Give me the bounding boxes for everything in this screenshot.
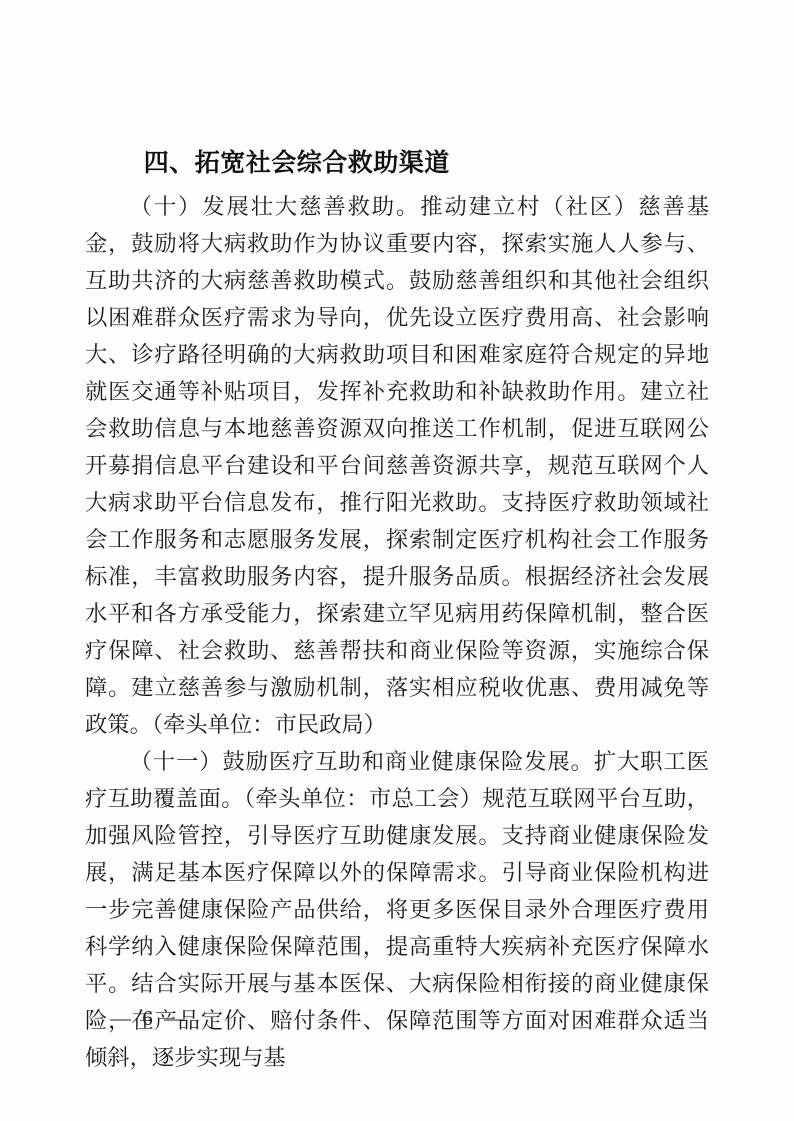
document-page: 四、拓宽社会综合救助渠道 （十）发展壮大慈善救助。推动建立村（社区）慈善基金，鼓… xyxy=(0,0,794,1121)
document-body: 四、拓宽社会综合救助渠道 （十）发展壮大慈善救助。推动建立村（社区）慈善基金，鼓… xyxy=(85,145,709,1076)
section-heading: 四、拓宽社会综合救助渠道 xyxy=(85,145,709,182)
paragraph-item-10: （十）发展壮大慈善救助。推动建立村（社区）慈善基金，鼓励将大病救助作为协议重要内… xyxy=(85,188,709,743)
page-number: — 6 — xyxy=(110,1003,188,1033)
